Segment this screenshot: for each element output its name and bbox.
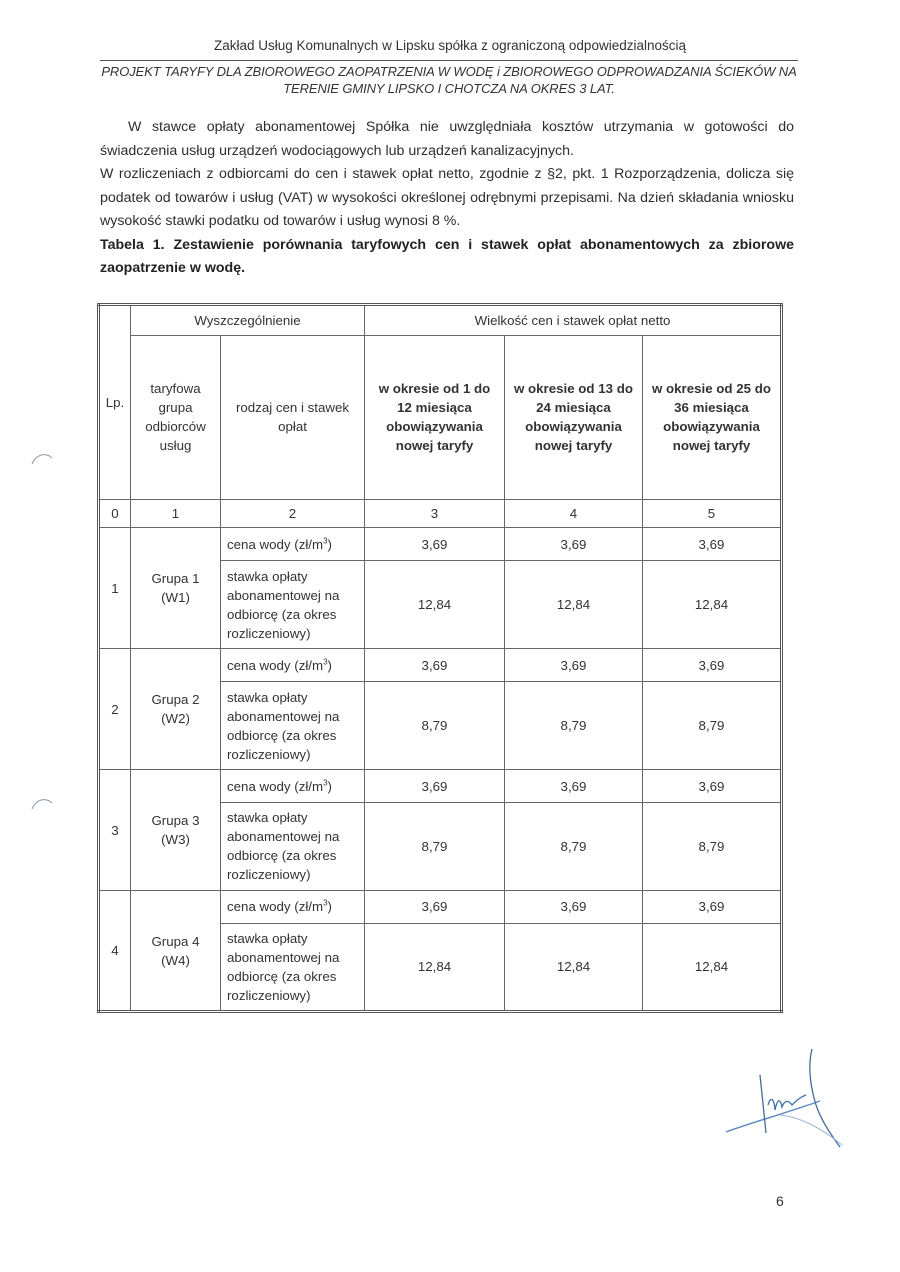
- group-name: Grupa 3: [134, 811, 217, 830]
- body-text: W stawce opłaty abonamentowej Spółka nie…: [100, 116, 794, 281]
- water-price-value: 3,69: [643, 770, 782, 803]
- tariff-table: Lp. Wyszczególnienie Wielkość cen i staw…: [97, 303, 783, 1013]
- header-net-values: Wielkość cen i stawek opłat netto: [365, 305, 782, 336]
- header-lp: Lp.: [99, 305, 131, 500]
- subscription-fee-value: 8,79: [643, 682, 782, 770]
- group-code: (W1): [134, 588, 217, 607]
- fee-kind-label: stawka opłatyabonamentowej naodbiorcę (z…: [221, 923, 365, 1011]
- fee-kind-label: stawka opłatyabonamentowej naodbiorcę (z…: [221, 682, 365, 770]
- subscription-fee-value: 12,84: [365, 561, 505, 649]
- water-price-value: 3,69: [365, 891, 505, 924]
- group-code: (W2): [134, 709, 217, 728]
- fee-kind-label: stawka opłatyabonamentowej naodbiorcę (z…: [221, 802, 365, 890]
- water-price-value: 3,69: [643, 528, 782, 561]
- scan-punch-mark: [30, 450, 54, 470]
- subscription-fee-value: 8,79: [505, 682, 643, 770]
- water-price-value: 3,69: [365, 528, 505, 561]
- organization-name: Zakład Usług Komunalnych w Lipsku spółka…: [0, 38, 900, 53]
- column-number: 5: [643, 499, 782, 528]
- paragraph-vat: W rozliczeniach z odbiorcami do cen i st…: [100, 163, 794, 234]
- water-price-value: 3,69: [505, 649, 643, 682]
- header-tariff-group: taryfowagrupaodbiorcówusług: [131, 335, 221, 499]
- row-lp: 1: [99, 528, 131, 649]
- subscription-fee-value: 8,79: [365, 682, 505, 770]
- page-number: 6: [776, 1193, 784, 1209]
- subscription-fee-value: 8,79: [365, 802, 505, 890]
- table-row: 4Grupa 4(W4)cena wody (zł/m3)3,693,693,6…: [99, 891, 782, 924]
- row-group-name: Grupa 4(W4): [131, 891, 221, 1012]
- subscription-fee-value: 12,84: [505, 923, 643, 1011]
- header-period-3: w okresie od 25 do36 miesiącaobowiązywan…: [643, 335, 782, 499]
- column-number: 0: [99, 499, 131, 528]
- header-period-1: w okresie od 1 do12 miesiącaobowiązywani…: [365, 335, 505, 499]
- price-kind-label: cena wody (zł/m3): [221, 770, 365, 803]
- row-group-name: Grupa 2(W2): [131, 649, 221, 770]
- price-kind-label: cena wody (zł/m3): [221, 528, 365, 561]
- water-price-value: 3,69: [505, 770, 643, 803]
- table-caption: Tabela 1. Zestawienie porównania taryfow…: [100, 234, 794, 281]
- column-number: 4: [505, 499, 643, 528]
- row-lp: 2: [99, 649, 131, 770]
- header-specification: Wyszczególnienie: [131, 305, 365, 336]
- header-period-2: w okresie od 13 do24 miesiącaobowiązywan…: [505, 335, 643, 499]
- subscription-fee-value: 8,79: [643, 802, 782, 890]
- group-code: (W4): [134, 951, 217, 970]
- row-lp: 4: [99, 891, 131, 1012]
- water-price-value: 3,69: [505, 528, 643, 561]
- scan-punch-mark: [30, 795, 54, 815]
- subscription-fee-value: 12,84: [643, 923, 782, 1011]
- group-code: (W3): [134, 830, 217, 849]
- table-row: 1Grupa 1(W1)cena wody (zł/m3)3,693,693,6…: [99, 528, 782, 561]
- subscription-fee-value: 8,79: [505, 802, 643, 890]
- document-title-line2: TERENIE GMINY LIPSKO I CHOTCZA NA OKRES …: [98, 80, 800, 97]
- group-name: Grupa 4: [134, 932, 217, 951]
- signature: [720, 1035, 860, 1165]
- column-number: 2: [221, 499, 365, 528]
- header-price-kind: rodzaj cen i stawekopłat: [221, 335, 365, 499]
- column-number: 3: [365, 499, 505, 528]
- column-number: 1: [131, 499, 221, 528]
- table-row: 2Grupa 2(W2)cena wody (zł/m3)3,693,693,6…: [99, 649, 782, 682]
- water-price-value: 3,69: [365, 770, 505, 803]
- group-name: Grupa 2: [134, 690, 217, 709]
- water-price-value: 3,69: [643, 891, 782, 924]
- subscription-fee-value: 12,84: [505, 561, 643, 649]
- row-group-name: Grupa 1(W1): [131, 528, 221, 649]
- document-title-line1: PROJEKT TARYFY DLA ZBIOROWEGO ZAOPATRZEN…: [98, 63, 800, 80]
- table-row: 3Grupa 3(W3)cena wody (zł/m3)3,693,693,6…: [99, 770, 782, 803]
- document-title: PROJEKT TARYFY DLA ZBIOROWEGO ZAOPATRZEN…: [98, 63, 800, 97]
- water-price-value: 3,69: [643, 649, 782, 682]
- group-name: Grupa 1: [134, 569, 217, 588]
- header-divider: [100, 60, 798, 61]
- water-price-value: 3,69: [505, 891, 643, 924]
- price-kind-label: cena wody (zł/m3): [221, 891, 365, 924]
- subscription-fee-value: 12,84: [365, 923, 505, 1011]
- numbering-row: 012345: [99, 499, 782, 528]
- subscription-fee-value: 12,84: [643, 561, 782, 649]
- fee-kind-label: stawka opłatyabonamentowej naodbiorcę (z…: [221, 561, 365, 649]
- row-lp: 3: [99, 770, 131, 891]
- paragraph-subscription-fee: W stawce opłaty abonamentowej Spółka nie…: [100, 116, 794, 163]
- water-price-value: 3,69: [365, 649, 505, 682]
- price-kind-label: cena wody (zł/m3): [221, 649, 365, 682]
- row-group-name: Grupa 3(W3): [131, 770, 221, 891]
